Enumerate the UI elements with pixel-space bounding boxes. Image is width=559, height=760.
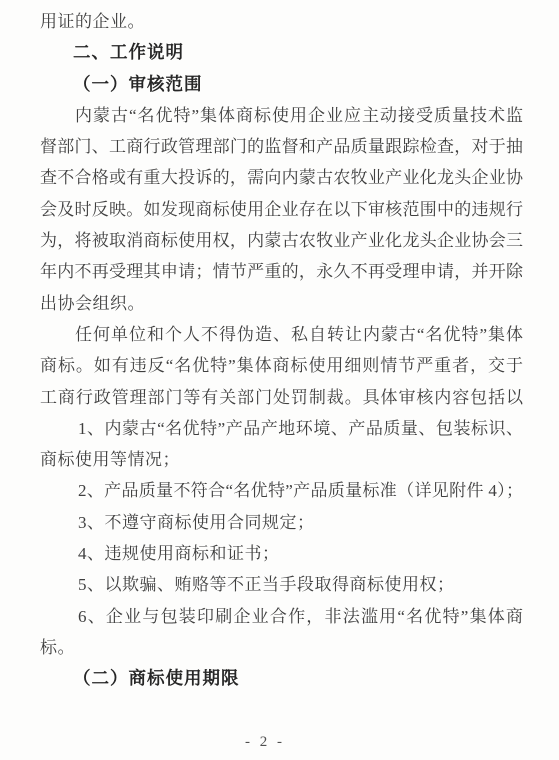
- heading-line: （一）审核范围: [40, 69, 523, 100]
- text-line: 督部门、工商行政管理部门的监督和产品质量跟踪检查，对于抽: [40, 131, 523, 162]
- text-line: 5、以欺骗、贿赂等不正当手段取得商标使用权；: [40, 569, 523, 600]
- text-line: 2、产品质量不符合“名优特”产品质量标准（详见附件 4）；: [40, 475, 523, 506]
- document-body: 用证的企业。二、工作说明（一）审核范围内蒙古“名优特”集体商标使用企业应主动接受…: [40, 6, 523, 695]
- document-page: 用证的企业。二、工作说明（一）审核范围内蒙古“名优特”集体商标使用企业应主动接受…: [0, 0, 559, 760]
- text-line: 4、违规使用商标和证书；: [40, 538, 523, 569]
- text-line: 6、企业与包装印刷企业合作，非法滥用“名优特”集体商: [40, 601, 523, 632]
- text-line: 内蒙古“名优特”集体商标使用企业应主动接受质量技术监: [40, 100, 523, 131]
- heading-line: （二）商标使用期限: [40, 663, 523, 694]
- text-line: 年内不再受理其申请；情节严重的，永久不再受理申请，并开除: [40, 256, 523, 287]
- text-line: 工商行政管理部门等有关部门处罚制裁。具体审核内容包括以下：: [40, 382, 523, 413]
- page-number: - 2 -: [0, 734, 530, 751]
- text-line: 商标。如有违反“名优特”集体商标使用细则情节严重者，交于: [40, 350, 523, 381]
- text-line: 商标使用等情况；: [40, 444, 523, 475]
- text-line: 出协会组织。: [40, 288, 523, 319]
- text-line: 3、不遵守商标使用合同规定；: [40, 507, 523, 538]
- text-line: 1、内蒙古“名优特”产品产地环境、产品质量、包装标识、: [40, 413, 523, 444]
- text-line: 为，将被取消商标使用权，内蒙古农牧业产业化龙头企业协会三: [40, 225, 523, 256]
- heading-line: 二、工作说明: [40, 37, 523, 68]
- text-line: 查不合格或有重大投诉的，需向内蒙古农牧业产业化龙头企业协: [40, 162, 523, 193]
- text-line: 任何单位和个人不得伪造、私自转让内蒙古“名优特”集体: [40, 319, 523, 350]
- text-line: 标。: [40, 632, 523, 663]
- text-line: 用证的企业。: [40, 6, 523, 37]
- text-line: 会及时反映。如发现商标使用企业存在以下审核范围中的违规行: [40, 194, 523, 225]
